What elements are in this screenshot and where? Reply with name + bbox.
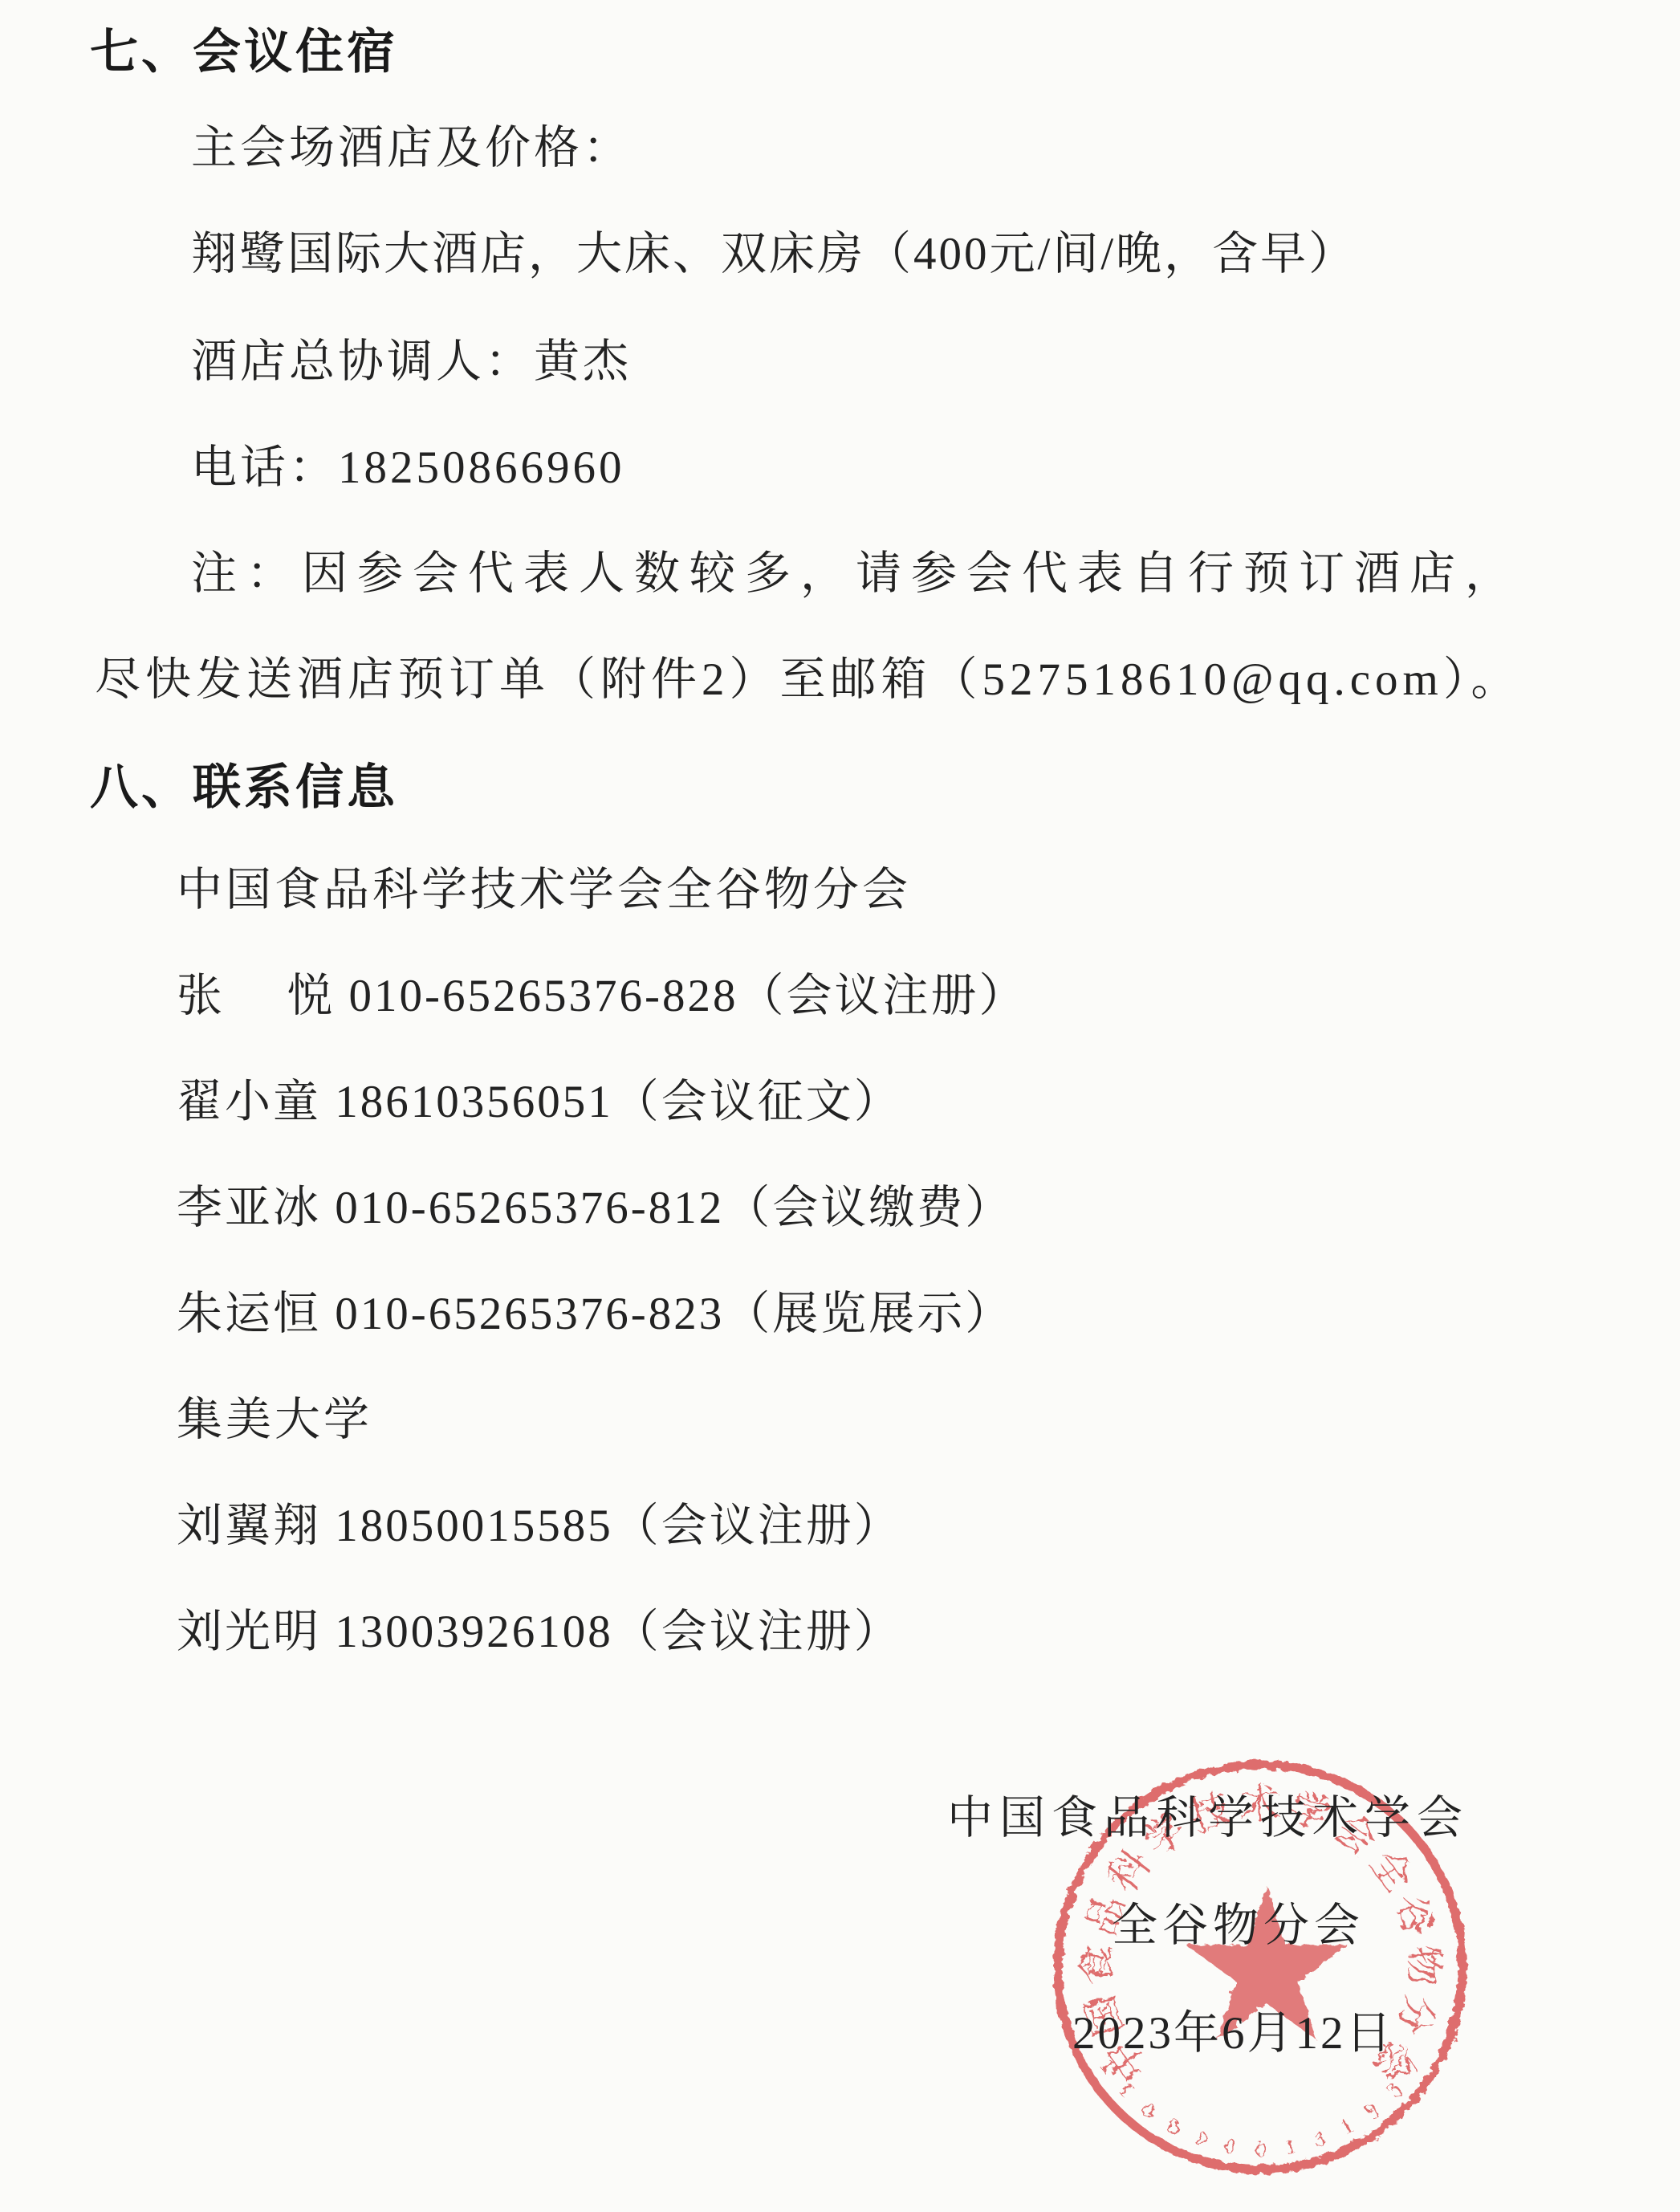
svg-text:物: 物 [1401,1945,1446,1986]
svg-text:0: 0 [1137,2097,1160,2123]
document-page: 中国食品科学技术学会全谷物分会 1100000131937 七、会议住宿 主会场… [0,0,1680,2212]
hotel-phone-line: 电话：18250866960 [191,442,625,495]
booking-note-line-1: 注：因参会代表人数较多，请参会代表自行预订酒店， [191,548,1520,601]
signature-branch-line: 全谷物分会 [1112,1900,1365,1953]
svg-text:0: 0 [1255,2137,1266,2161]
svg-text:1: 1 [1283,2133,1297,2159]
jimei-university-line: 集美大学 [177,1394,372,1447]
svg-text:全: 全 [1361,1841,1422,1900]
svg-text:0: 0 [1163,2113,1184,2140]
section-8-heading: 八、联系信息 [90,760,398,815]
svg-text:1: 1 [1336,2113,1357,2140]
contact-zhu-yunheng-line: 朱运恒 010-65265376-823（展览展示） [177,1288,1013,1341]
svg-text:9: 9 [1361,2097,1384,2123]
signature-date-line: 2023年6月12日 [1072,2007,1394,2060]
svg-text:谷: 谷 [1387,1889,1442,1941]
contact-liu-guangming-line: 刘光明 13003926108（会议注册） [177,1606,902,1659]
svg-text:0: 0 [1223,2133,1238,2159]
contact-li-yabing-line: 李亚冰 010-65265376-812（会议缴费） [177,1182,1013,1235]
contact-zhang-yue-line: 张 悦 010-65265376-828（会议注册） [177,970,1027,1023]
contact-liu-yixiang-line: 刘翼翔 18050015585（会议注册） [177,1500,902,1553]
svg-text:0: 0 [1192,2125,1210,2152]
contact-zhai-xiaotong-line: 翟小童 18610356051（会议征文） [177,1076,902,1129]
hotel-price-intro-line: 主会场酒店及价格： [191,122,632,175]
signature-org-line: 中国食品科学技术学会 [947,1792,1469,1845]
section-7-heading: 七、会议住宿 [90,24,398,79]
svg-text:科: 科 [1099,1841,1159,1900]
hotel-room-price-line: 翔鹭国际大酒店，大床、双床房（400元/间/晚，含早） [191,228,1357,281]
svg-text:分: 分 [1389,1990,1443,2041]
hotel-coordinator-line: 酒店总协调人：黄杰 [191,336,632,389]
org-branch-line: 中国食品科学技术学会全谷物分会 [177,864,911,917]
svg-text:3: 3 [1310,2125,1328,2152]
booking-note-line-2: 尽快发送酒店预订单（附件2）至邮箱（527518610@qq.com）。 [95,654,1521,707]
